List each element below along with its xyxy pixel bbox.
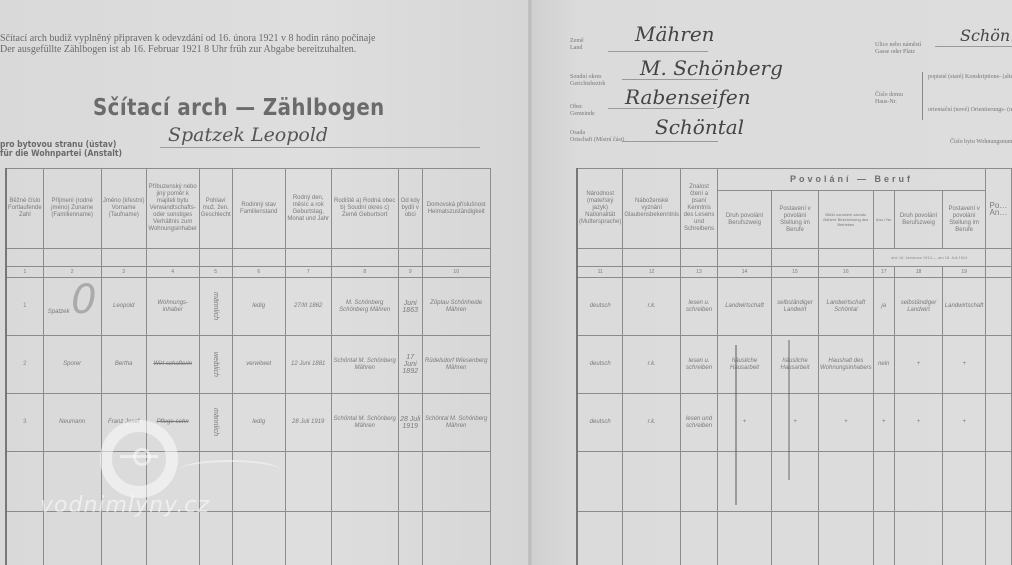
relation-cell: Pflege-sohn (146, 394, 199, 452)
person-row: deutsch r.k. lesen u. schreiben Landwirt… (577, 278, 1012, 336)
left-census-table: Běžné číslo Fortlaufende Zahl Příjmení (… (5, 168, 491, 565)
home-cell: Schöntal M. Schönberg Mähren (422, 394, 490, 452)
relation-cell: Wirt-schafterin (146, 336, 199, 394)
occupation-1914-cell: selbständiger Landwirt (894, 278, 943, 336)
empty-row (577, 512, 1012, 565)
col-header-18: Druh povolání Berufszweig (894, 191, 943, 249)
col-header-partial: Po… An… (985, 169, 1011, 249)
occupation-cell: häusliche Hausarbeit (718, 336, 772, 394)
business-cell: Haushalt des Wohnungsinhabers (818, 336, 873, 394)
business-cell: Landwirtschaft Schöntal (818, 278, 873, 336)
field-district: Soudní okres Gerichtsbezirk (570, 74, 605, 88)
position-cell: häusliche Hausarbeit (772, 336, 819, 394)
sex-cell: männlich (199, 278, 232, 336)
status-cell: ledig (232, 278, 285, 336)
surname-cell: Spatzek 0 (43, 278, 101, 336)
col-header-9: Od kdy bydlí v obci (398, 169, 422, 249)
since-cell: Juni 1863 (398, 278, 422, 336)
religion-cell: r.k. (623, 278, 681, 336)
column-number-row: 11 12 13 14 15 16 17 18 19 (577, 267, 1012, 278)
surname-cell: Neumann (43, 394, 101, 452)
section-occupation: Povolání — Beruf (718, 169, 986, 191)
sex-cell: weiblich (199, 336, 232, 394)
field-street: Ulice nebo náměstí Gasse oder Platz (875, 42, 921, 56)
nationality-cell: deutsch (577, 278, 623, 336)
col-header-4: Příbuzenský nebo jiný poměr k majiteli b… (146, 169, 199, 249)
settlement-value: Schöntal (655, 115, 744, 139)
occupation-cell: + (718, 394, 772, 452)
municipality-value: Rabenseifen (625, 85, 751, 109)
right-census-table: Národnost (mateřský jazyk) Nationalität … (576, 168, 1012, 565)
col-header-13: Znalost čtení a psaní Kenntnis des Lesen… (681, 169, 718, 249)
household-line (160, 147, 480, 148)
submission-notice: Sčítací arch budiž vyplněný připraven k … (0, 33, 375, 55)
birthdate-cell: 27/III 1862 (285, 278, 331, 336)
home-cell: Rüdelsdorf Wiesenberg Mähren (422, 336, 490, 394)
col-header-7: Rodný den, měsíc a rok Geburtstag, Monat… (285, 169, 331, 249)
note-row (6, 249, 490, 267)
occupation-1914-cell: + (894, 394, 943, 452)
col-header-14: Druh povolání Berufszweig (718, 191, 772, 249)
col-header-15: Postavení v povolání Stellung im Berufe (772, 191, 819, 249)
empty-row (6, 452, 490, 512)
person-row: deutsch r.k. lesen u. schreiben häuslich… (577, 336, 1012, 394)
col-header-3: Jméno (křestní) Vorname (Taufname) (101, 169, 146, 249)
nationality-cell: deutsch (577, 394, 623, 452)
pencil-stroke (788, 340, 790, 480)
birthdate-cell: 28 Juli 1919 (285, 394, 331, 452)
surname-cell: Sporer (43, 336, 101, 394)
land-value: Mähren (635, 22, 715, 46)
since-cell: 17 Juni 1892 (398, 336, 422, 394)
field-municipality: Obec Gemeinde (570, 104, 595, 118)
position-1914-cell: + (943, 336, 985, 394)
yesno-cell: + (873, 394, 894, 452)
occupation-1914-cell: + (894, 336, 943, 394)
position-1914-cell: Landwirtschaft (943, 278, 985, 336)
person-row: 2 Sporer Bertha Wirt-schafterin weiblich… (6, 336, 490, 394)
religion-cell: r.k. (623, 336, 681, 394)
street-value: Schön… (960, 26, 1012, 45)
literacy-cell: lesen u. schreiben (681, 278, 718, 336)
form-title: Sčítací arch — Zählbogen (93, 95, 385, 121)
house-number-new: orientační (nové) Orientierungs- (neue) … (928, 107, 1012, 114)
status-cell: verwitwet (232, 336, 285, 394)
col-header-8: Rodiště a) Rodná obec b) Soudní okres c)… (331, 169, 398, 249)
col-header-6: Rodinný stav Familienstand (232, 169, 285, 249)
nationality-cell: deutsch (577, 336, 623, 394)
yesno-cell: nein (873, 336, 894, 394)
yesno-cell: ja (873, 278, 894, 336)
house-number-old: popisné (staré) Konskriptions- (alte) Nr… (928, 74, 1012, 81)
field-house-number: Číslo domu Haus-Nr. (875, 92, 903, 106)
col-header-19: Postavení v povolání Stellung im Berufe (943, 191, 985, 249)
header-row-top: Národnost (mateřský jazyk) Nationalität … (577, 169, 1012, 191)
field-land: Země Land (570, 38, 584, 52)
person-row: 3 Neumann Franz Josef Pflege-sohn männli… (6, 394, 490, 452)
col-header-10: Domovská příslušnost Heimatszuständigkei… (422, 169, 490, 249)
firstname-cell: Franz Josef (101, 394, 146, 452)
firstname-cell: Bertha (101, 336, 146, 394)
firstname-cell: Leopold (101, 278, 146, 336)
status-cell: ledig (232, 394, 285, 452)
pencil-stroke (735, 345, 737, 505)
book-gutter (528, 0, 532, 565)
birthplace-cell: M. Schönberg Schönberg Mähren (331, 278, 398, 336)
home-cell: Zöptau Schönheide Mähren (422, 278, 490, 336)
birthdate-cell: 12 Juni 1881 (285, 336, 331, 394)
note-row: dne 16. července 1914 — am 16. Juli 1914 (577, 249, 1012, 267)
sex-cell: männlich (199, 394, 232, 452)
empty-row (577, 452, 1012, 512)
literacy-cell: lesen und schreiben (681, 394, 718, 452)
col-header-12: Náboženské vyznání Glaubensbekenntnis (623, 169, 681, 249)
literacy-cell: lesen u. schreiben (681, 336, 718, 394)
position-1914-cell: + (943, 394, 985, 452)
occupation-cell: Landwirtschaft (718, 278, 772, 336)
date-note: dne 16. července 1914 — am 16. Juli 1914 (873, 249, 985, 267)
notice-german: Der ausgefüllte Zählbogen ist ab 16. Feb… (0, 44, 375, 55)
person-row: 1 Spatzek 0 Leopold Wohnungs-inhaber män… (6, 278, 490, 336)
household-head-name: Spatzek Leopold (168, 124, 328, 146)
religion-cell: r.k. (623, 394, 681, 452)
business-cell: + (818, 394, 873, 452)
apartment-number-label: Číslo bytu Wohnungsnummer (950, 139, 1012, 146)
field-settlement: Osada Ortschaft (Místní část) (570, 130, 624, 144)
household-label: pro bytovou stranu (ústav) für die Wohnp… (0, 141, 122, 159)
col-header-17: Ano / Ne (873, 191, 894, 249)
birthplace-cell: Schöntal M. Schönberg Mähren (331, 394, 398, 452)
empty-row (6, 512, 490, 565)
col-header-2: Příjmení (rodné jméno) Zuname (Familienn… (43, 169, 101, 249)
relation-cell: Wohnungs-inhaber (146, 278, 199, 336)
column-number-row: 1 2 3 4 5 6 7 8 9 10 (6, 267, 490, 278)
position-cell: selbständiger Landwirt (772, 278, 819, 336)
col-header-16: Bližší označení závodu Nähere Bezeichnun… (818, 191, 873, 249)
position-cell: + (772, 394, 819, 452)
district-value: M. Schönberg (640, 56, 783, 80)
since-cell: 28 Juli 1919 (398, 394, 422, 452)
col-header-5: Pohlaví muž. žen. Geschlecht (199, 169, 232, 249)
person-row: deutsch r.k. lesen und schreiben + + + +… (577, 394, 1012, 452)
col-header-11: Národnost (mateřský jazyk) Nationalität … (577, 169, 623, 249)
birthplace-cell: Schöntal M. Schönberg Mähren (331, 336, 398, 394)
header-row: Běžné číslo Fortlaufende Zahl Příjmení (… (6, 169, 490, 249)
notice-czech: Sčítací arch budiž vyplněný připraven k … (0, 33, 375, 44)
col-header-1: Běžné číslo Fortlaufende Zahl (6, 169, 43, 249)
